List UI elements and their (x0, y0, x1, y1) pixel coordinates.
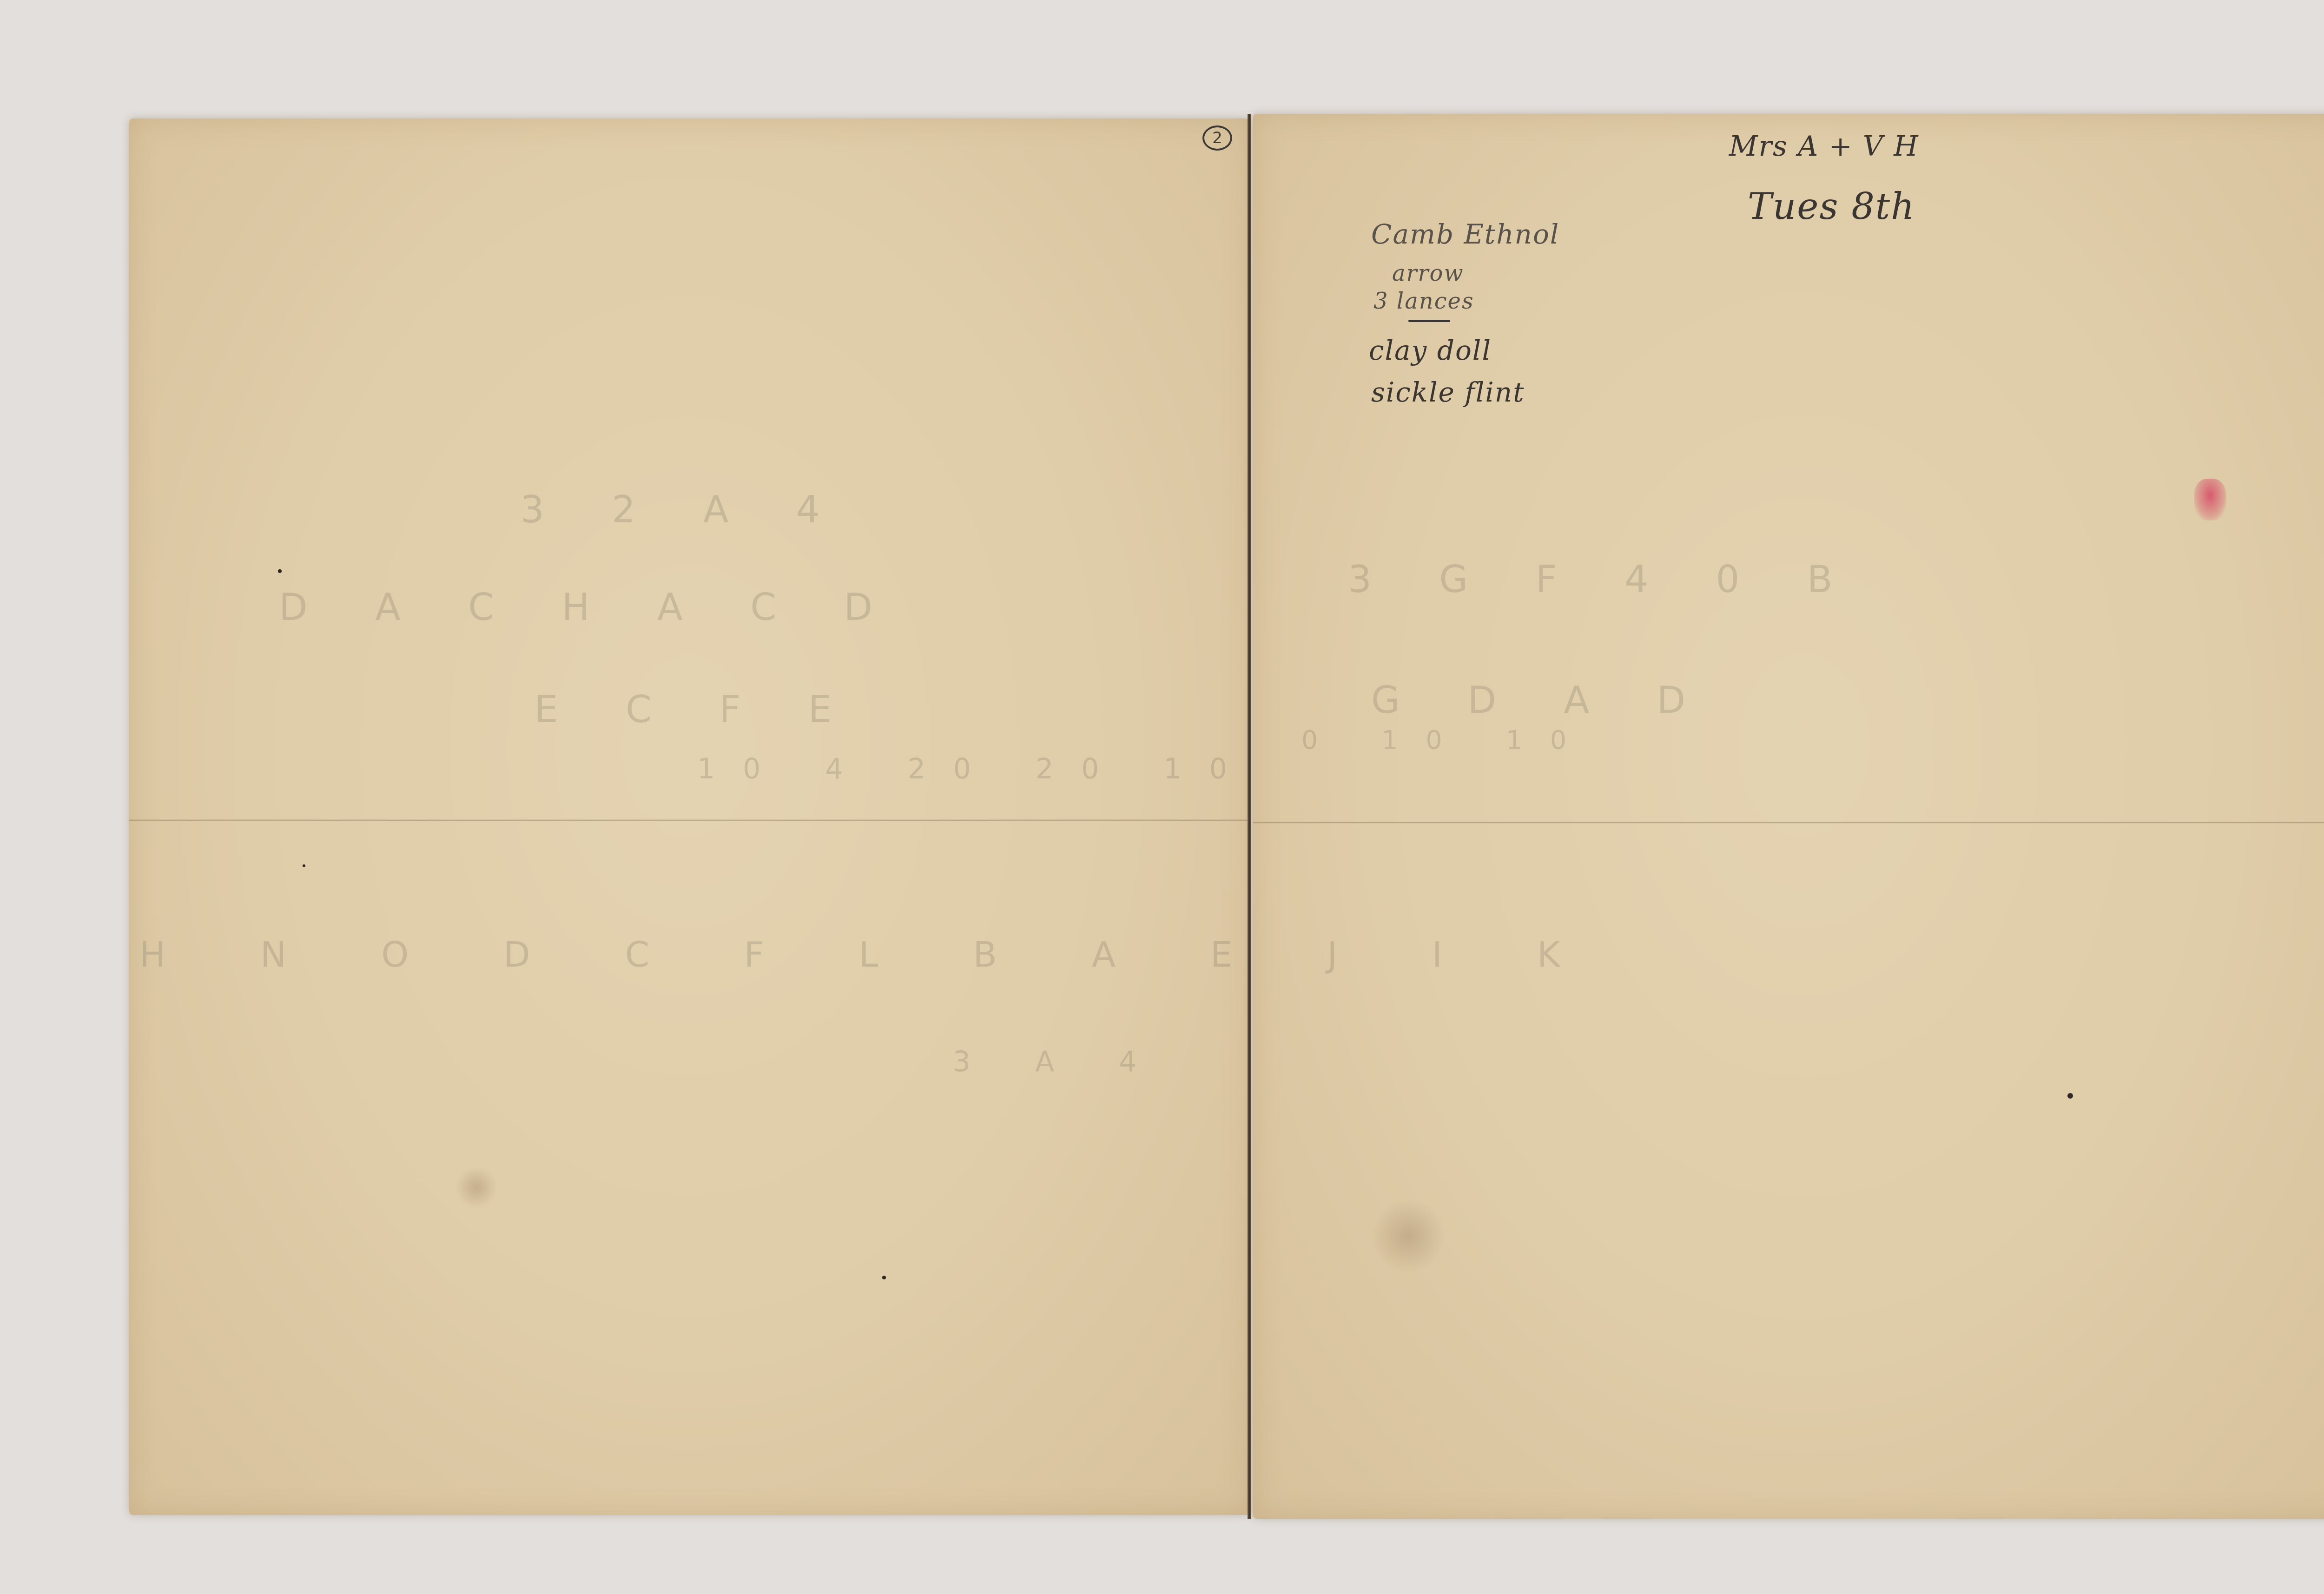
list-item-3: 3 lances (1373, 288, 1474, 314)
left-page (129, 119, 1249, 1515)
smudge (456, 1166, 497, 1208)
speck (2067, 1093, 2073, 1099)
ghost-row-6: 3 A 4 (953, 1046, 1165, 1078)
page-gutter (1248, 114, 1251, 1519)
ghost-row-3: E C F E (535, 688, 859, 731)
ghost-row-4: 10 4 20 20 10 (697, 753, 1255, 785)
list-divider-rule (1408, 320, 1450, 322)
right-page (1253, 114, 2324, 1519)
page-number-text: 2 (1212, 129, 1222, 147)
list-item-4: clay doll (1369, 335, 1492, 366)
list-item-1: Camb Ethnol (1371, 218, 1559, 250)
ghost-row-5: H N O D C F L B A E J I K (139, 934, 1602, 975)
circled-page-number: 2 (1202, 125, 1232, 151)
ghost-right-row-1: 3 G F 4 0 B (1348, 558, 1861, 601)
speck (278, 569, 282, 573)
ghost-right-row-2: G D A D (1371, 678, 1713, 722)
ghost-row-1: 3 2 A 4 (521, 488, 848, 531)
header-note-line-2: Tues 8th (1748, 186, 1915, 228)
horizontal-fold-right (1253, 822, 2324, 823)
list-item-5: sickle flint (1371, 376, 1525, 408)
horizontal-fold-left (129, 819, 1248, 821)
speck (882, 1276, 886, 1279)
ghost-row-2: D A C H A C D (279, 586, 900, 629)
header-note-line-1: Mrs A + V H (1729, 130, 1919, 163)
speck (303, 864, 305, 867)
list-item-2: arrow (1392, 260, 1464, 286)
ghost-right-row-3: 0 10 10 (1301, 725, 1594, 755)
red-stain (2194, 479, 2226, 520)
smudge (1371, 1199, 1446, 1273)
